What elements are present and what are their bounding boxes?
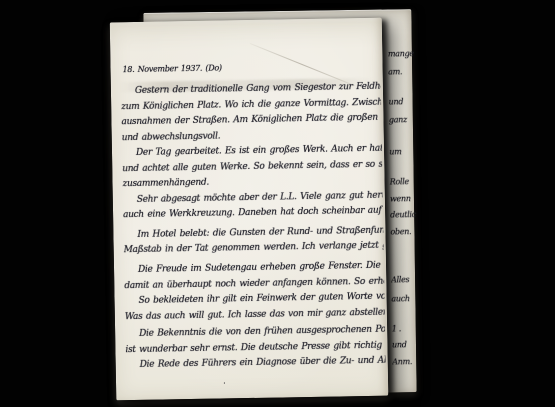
back-page-fragment: deutlich — [390, 210, 416, 220]
manuscript-page: 18. November 1937. (Do) Gestern der trad… — [110, 18, 389, 401]
back-page-fragment: und — [389, 97, 415, 107]
ink-dot: . — [223, 376, 226, 386]
back-page-fragment: auch — [391, 294, 417, 304]
handwriting-line: auch eine Werkkreuzung. Daneben hat doch… — [123, 204, 383, 224]
back-page-fragment: Anm. — [392, 357, 418, 367]
back-page-fragment: oben. — [390, 227, 416, 237]
back-page-fragment: wenn — [390, 194, 416, 204]
handwriting-line: Die Rede des Führers ein Diagnose über d… — [126, 354, 386, 374]
photo-background: mangel-am.undganzumRollewenndeutlichoben… — [0, 0, 555, 407]
handwriting-body: Gestern der traditionelle Gang vom Siege… — [121, 80, 386, 374]
handwriting-line: Was das auch will gut. Ich lasse das von… — [125, 305, 385, 325]
back-page-fragment: und — [392, 340, 418, 350]
back-page-fragment: mangel- — [388, 49, 414, 59]
entry-date: 18. November 1937. (Do) — [122, 60, 221, 77]
back-page-fragment: Alles — [391, 275, 417, 285]
back-page-fragment: Rolle — [390, 177, 416, 187]
back-page-line-endings: mangel-am.undganzumRollewenndeutlichoben… — [143, 9, 411, 13]
back-page-fragment: um — [389, 147, 415, 157]
handwriting-line: Maßstab in der Tat genommen werden. Ich … — [124, 239, 384, 259]
back-page-fragment: ganz — [389, 115, 415, 125]
back-page-fragment: am. — [388, 67, 414, 77]
back-page-fragment: 1 . — [392, 324, 418, 334]
